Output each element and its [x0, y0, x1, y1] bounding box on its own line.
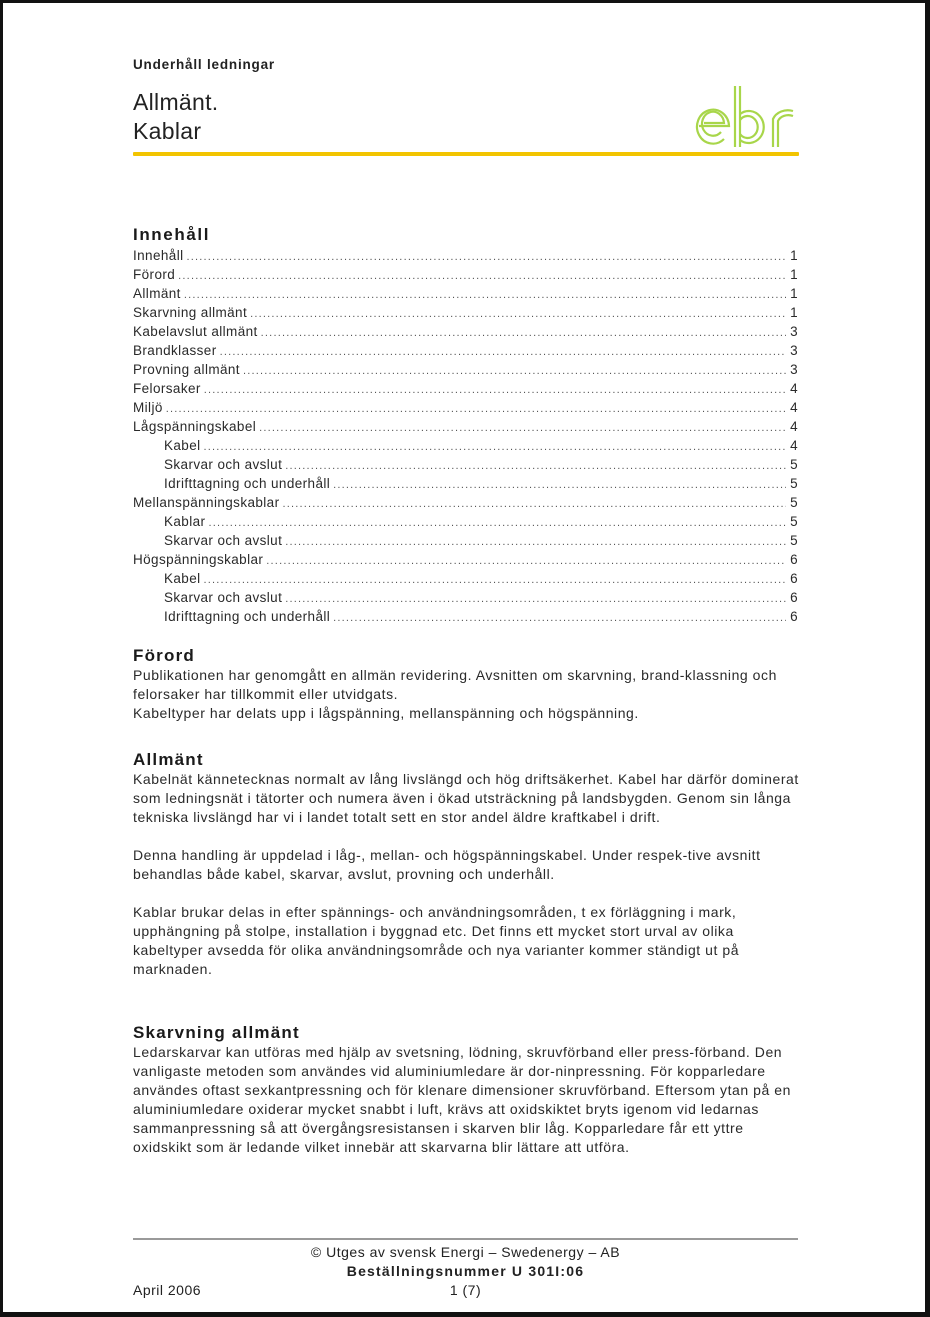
toc-entry-page: 1	[786, 265, 798, 284]
toc-entry[interactable]: Innehåll................................…	[133, 246, 798, 265]
toc-entry-label: Kabelavslut allmänt	[133, 322, 261, 341]
toc-leader-dots: ........................................…	[204, 381, 786, 398]
toc-entry[interactable]: Idrifttagning och underhåll.............…	[133, 474, 798, 493]
toc-leader-dots: ........................................…	[259, 419, 786, 436]
toc-leader-dots: ........................................…	[285, 457, 786, 474]
toc-entry-page: 6	[786, 550, 798, 569]
toc-entry-page: 1	[786, 284, 798, 303]
toc-leader-dots: ........................................…	[208, 514, 786, 531]
document-title: Allmänt. Kablar	[133, 88, 218, 146]
toc-entry[interactable]: Kabelavslut allmänt.....................…	[133, 322, 798, 341]
toc-entry[interactable]: Lågspänningskabel.......................…	[133, 417, 798, 436]
toc-entry-page: 3	[786, 322, 798, 341]
toc-entry-label: Högspänningskablar	[133, 550, 266, 569]
toc-entry-page: 3	[786, 360, 798, 379]
toc-leader-dots: ........................................…	[243, 362, 786, 379]
section-skarvning: Skarvning allmänt Ledarskarvar kan utför…	[133, 1022, 803, 1157]
toc-entry[interactable]: Miljö...................................…	[133, 398, 798, 417]
toc-entry-label: Kabel	[164, 569, 204, 588]
toc-leader-dots: ........................................…	[204, 571, 787, 588]
footer-publisher: © Utges av svensk Energi – Swedenergy – …	[133, 1243, 798, 1262]
toc-entry[interactable]: Idrifttagning och underhåll.............…	[133, 607, 798, 626]
table-of-contents: Innehåll................................…	[133, 246, 798, 626]
footer-page-number: 1 (7)	[133, 1282, 798, 1298]
toc-entry-page: 3	[786, 341, 798, 360]
toc-entry-page: 4	[786, 379, 798, 398]
toc-entry-label: Brandklasser	[133, 341, 220, 360]
toc-entry[interactable]: Förord..................................…	[133, 265, 798, 284]
toc-leader-dots: ........................................…	[333, 609, 786, 626]
ebr-logo-icon	[693, 84, 797, 150]
toc-entry-page: 5	[786, 493, 798, 512]
toc-entry-page: 1	[786, 303, 798, 322]
toc-leader-dots: ........................................…	[204, 438, 787, 455]
toc-entry-page: 1	[786, 246, 798, 265]
toc-leader-dots: ........................................…	[187, 248, 787, 265]
toc-entry-page: 4	[786, 398, 798, 417]
toc-entry-page: 6	[786, 588, 798, 607]
header-rule	[133, 152, 799, 156]
toc-entry-label: Miljö	[133, 398, 166, 417]
toc-entry-label: Innehåll	[133, 246, 187, 265]
section-forord: Förord Publikationen har genomgått en al…	[133, 645, 803, 723]
toc-entry-page: 4	[786, 417, 798, 436]
toc-entry-label: Förord	[133, 265, 178, 284]
toc-entry[interactable]: Kabel...................................…	[133, 436, 798, 455]
toc-entry-label: Idrifttagning och underhåll	[164, 607, 333, 626]
toc-entry[interactable]: Kablar..................................…	[133, 512, 798, 531]
toc-leader-dots: ........................................…	[333, 476, 786, 493]
toc-entry-label: Provning allmänt	[133, 360, 243, 379]
toc-entry-label: Idrifttagning och underhåll	[164, 474, 333, 493]
toc-leader-dots: ........................................…	[283, 495, 787, 512]
document-series: Underhåll ledningar	[133, 57, 275, 72]
toc-entry[interactable]: Skarvning allmänt.......................…	[133, 303, 798, 322]
toc-entry-page: 5	[786, 474, 798, 493]
toc-entry-label: Skarvar och avslut	[164, 455, 285, 474]
toc-entry[interactable]: Brandklasser............................…	[133, 341, 798, 360]
toc-entry-page: 5	[786, 531, 798, 550]
toc-leader-dots: ........................................…	[266, 552, 786, 569]
title-line-2: Kablar	[133, 117, 218, 146]
toc-entry[interactable]: Skarvar och avslut......................…	[133, 588, 798, 607]
toc-entry-page: 4	[786, 436, 798, 455]
toc-leader-dots: ........................................…	[184, 286, 786, 303]
toc-entry-label: Skarvning allmänt	[133, 303, 250, 322]
toc-entry-page: 6	[786, 569, 798, 588]
toc-leader-dots: ........................................…	[178, 267, 786, 284]
toc-entry[interactable]: Provning allmänt........................…	[133, 360, 798, 379]
toc-entry[interactable]: Högspänningskablar......................…	[133, 550, 798, 569]
toc-entry-page: 6	[786, 607, 798, 626]
section-paragraph: Denna handling är uppdelad i låg-, mella…	[133, 846, 803, 884]
toc-entry[interactable]: Skarvar och avslut......................…	[133, 531, 798, 550]
toc-entry-label: Lågspänningskabel	[133, 417, 259, 436]
toc-entry[interactable]: Allmänt.................................…	[133, 284, 798, 303]
section-heading: Allmänt	[133, 749, 803, 770]
section-heading: Förord	[133, 645, 803, 666]
toc-entry-label: Kablar	[164, 512, 208, 531]
toc-entry[interactable]: Felorsaker..............................…	[133, 379, 798, 398]
toc-leader-dots: ........................................…	[285, 533, 786, 550]
toc-leader-dots: ........................................…	[285, 590, 786, 607]
toc-leader-dots: ........................................…	[261, 324, 786, 341]
toc-entry[interactable]: Kabel...................................…	[133, 569, 798, 588]
footer-publisher-block: © Utges av svensk Energi – Swedenergy – …	[133, 1243, 798, 1281]
toc-entry-label: Skarvar och avslut	[164, 531, 285, 550]
section-heading: Skarvning allmänt	[133, 1022, 803, 1043]
toc-entry-label: Mellanspänningskablar	[133, 493, 283, 512]
toc-entry-page: 5	[786, 512, 798, 531]
footer-order-number: Beställningsnummer U 301I:06	[133, 1262, 798, 1281]
toc-entry-page: 5	[786, 455, 798, 474]
section-paragraph: Kabelnät kännetecknas normalt av lång li…	[133, 770, 803, 827]
toc-leader-dots: ........................................…	[166, 400, 786, 417]
toc-entry-label: Kabel	[164, 436, 204, 455]
section-paragraph: Publikationen har genomgått en allmän re…	[133, 666, 803, 723]
toc-leader-dots: ........................................…	[220, 343, 786, 360]
section-allmant: Allmänt Kabelnät kännetecknas normalt av…	[133, 749, 803, 979]
toc-entry[interactable]: Mellanspänningskablar...................…	[133, 493, 798, 512]
toc-heading: Innehåll	[133, 225, 210, 245]
title-line-1: Allmänt.	[133, 88, 218, 117]
section-paragraph: Ledarskarvar kan utföras med hjälp av sv…	[133, 1043, 803, 1157]
toc-leader-dots: ........................................…	[250, 305, 786, 322]
toc-entry-label: Allmänt	[133, 284, 184, 303]
toc-entry-label: Felorsaker	[133, 379, 204, 398]
toc-entry[interactable]: Skarvar och avslut......................…	[133, 455, 798, 474]
section-paragraph: Kablar brukar delas in efter spännings- …	[133, 903, 803, 979]
footer-rule	[133, 1238, 798, 1240]
toc-entry-label: Skarvar och avslut	[164, 588, 285, 607]
